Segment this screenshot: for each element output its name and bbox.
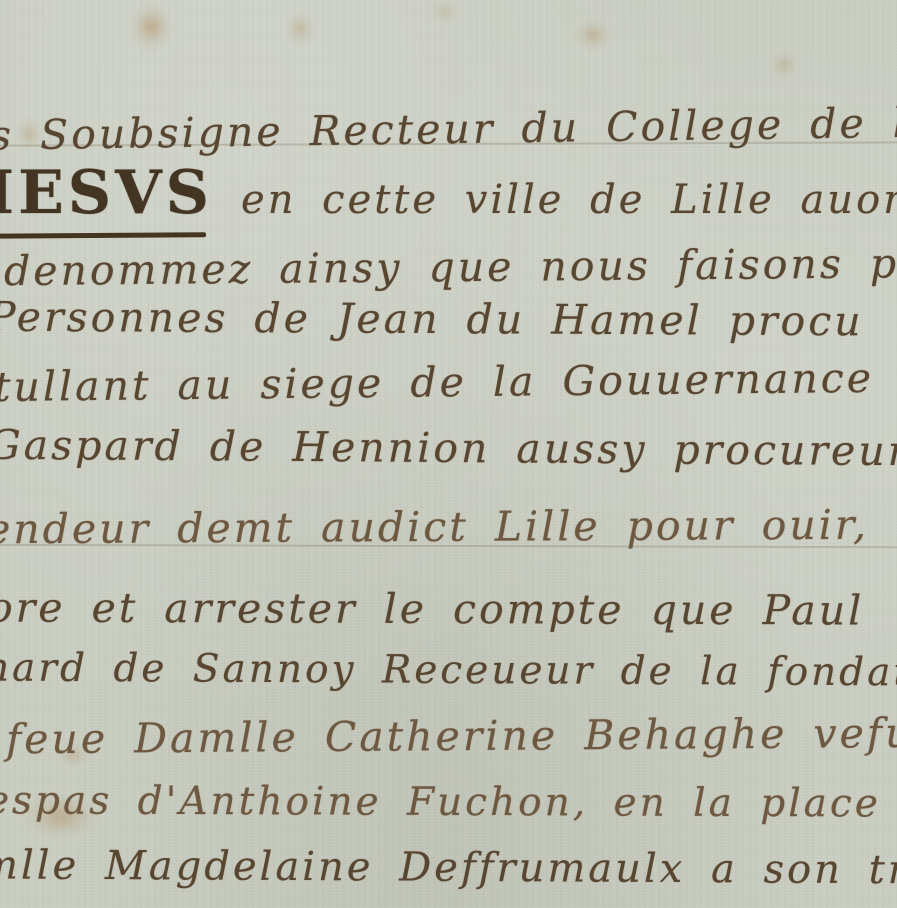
stain-mark <box>575 20 611 50</box>
manuscript-line: espas d'Anthoine Fuchon, en la place de <box>0 778 897 826</box>
manuscript-line: ore et arrester le compte que Paul <box>0 583 864 634</box>
manuscript-line: IESVSen cette ville de Lille auons de <box>0 158 897 228</box>
manuscript-line-text: en cette ville de Lille auons de <box>241 177 897 223</box>
stain-mark <box>285 12 315 46</box>
stain-mark <box>430 0 460 24</box>
manuscript-line: feue Damlle Catherine Behaghe vefue <box>6 709 897 764</box>
heading-underline <box>0 232 206 239</box>
manuscript-line: s Soubsigne Recteur du College de la <box>0 98 897 159</box>
manuscript-line: endeur demt audict Lille pour ouir, <box>0 501 869 554</box>
manuscript-line: tullant au siege de la Gouuernance de <box>0 353 897 411</box>
stain-mark <box>770 52 798 78</box>
manuscript-line: Personnes de Jean du Hamel procu <box>0 293 864 346</box>
manuscript-line: mlle Magdelaine Deffrumaulx a son tresp <box>0 842 897 893</box>
manuscript-line: denommez ainsy que nous faisons par <box>4 239 897 295</box>
jesus-heading: IESVS <box>0 158 213 228</box>
manuscript-line: Gaspard de Hennion aussy procureur <box>0 421 897 475</box>
manuscript-line: nard de Sannoy Receueur de la fondatio <box>0 645 897 695</box>
stain-mark <box>130 4 172 50</box>
manuscript-page: s Soubsigne Recteur du College de la IES… <box>0 0 897 908</box>
